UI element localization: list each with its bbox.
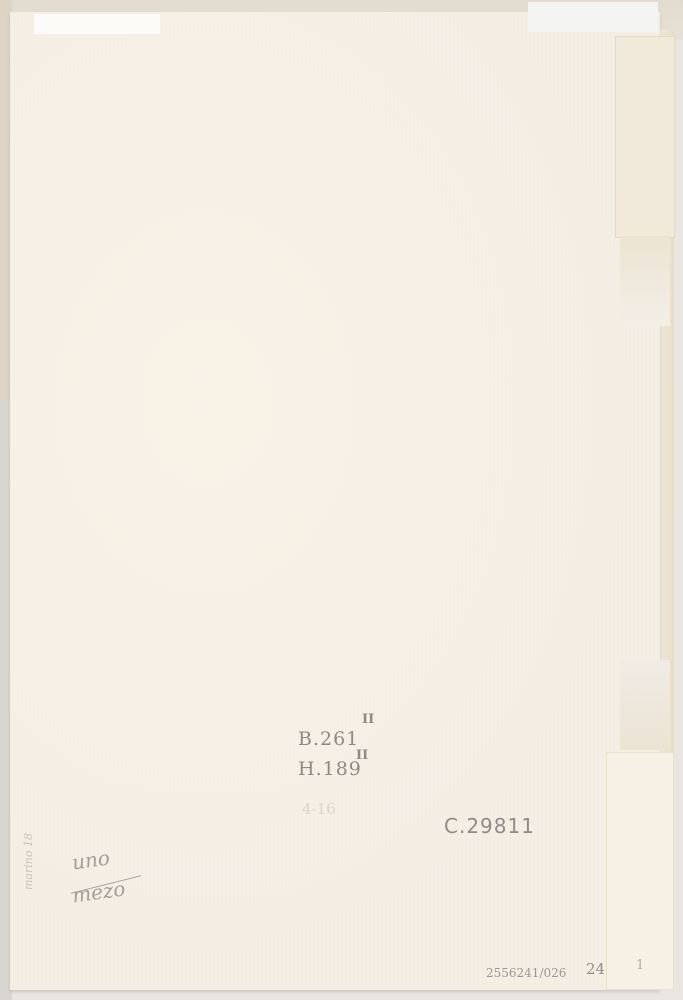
inventory-number: 2556241/026: [486, 966, 566, 980]
catalogue-b-state: II: [362, 712, 374, 727]
paper-hinge-right-bottom: [606, 752, 674, 990]
faint-erased-mark: 4-16: [302, 800, 336, 818]
catalogue-b-number: B.261: [298, 728, 359, 750]
collection-number: C.29811: [444, 814, 535, 838]
catalogue-h-number: H.189: [298, 758, 362, 780]
page-number: 24: [586, 960, 605, 978]
tape-strip-top-right: [528, 2, 658, 32]
paper-hinge-right-top: [615, 36, 675, 238]
hinge-residue-right-mid: [620, 236, 670, 326]
vertical-faint-note: marino 18: [22, 833, 35, 890]
paper-sheet-verso: [10, 12, 660, 990]
hinge-residue-right-low: [620, 660, 670, 750]
tape-strip-top-left: [34, 14, 160, 34]
corner-mark: 1: [636, 958, 644, 973]
